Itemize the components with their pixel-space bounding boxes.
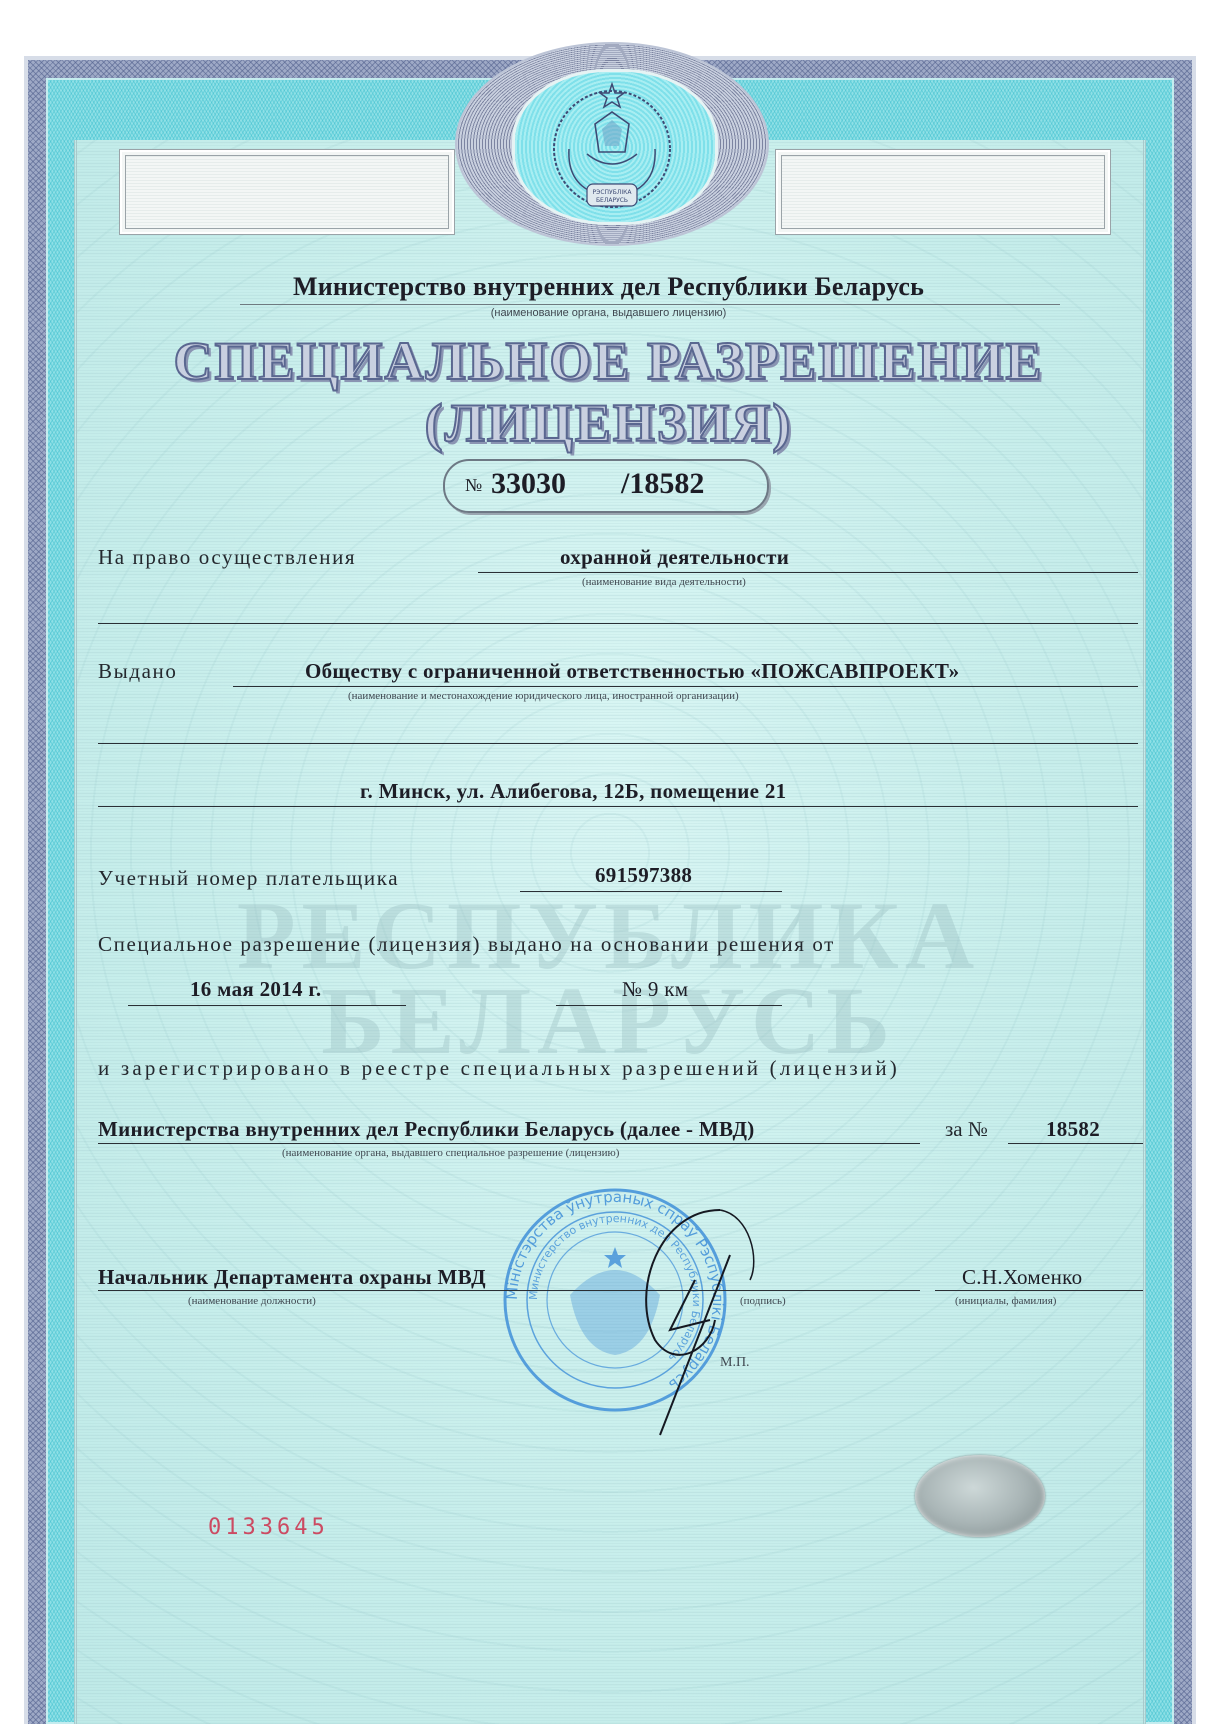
registry-body-underline — [98, 1143, 920, 1144]
name-underline — [935, 1290, 1143, 1291]
issuing-body-caption: (наименование органа, выдавшего лицензию… — [0, 307, 1217, 319]
issued-to-label: Выдано — [98, 659, 177, 684]
number-sign: № — [465, 475, 482, 496]
issuing-body: Министерство внутренних дел Республики Б… — [0, 272, 1217, 302]
emblem-rosette: РЭСПУБЛІКА БЕЛАРУСЬ — [455, 42, 769, 246]
decision-number-underline — [556, 1005, 782, 1006]
registry-label: и зарегистрировано в реестре специальных… — [98, 1056, 900, 1081]
activity-label: На право осуществления — [98, 545, 356, 570]
document-subtitle: (ЛИЦЕНЗИЯ) — [0, 392, 1217, 454]
left-security-panel — [120, 150, 454, 234]
decision-number: № 9 км — [622, 977, 688, 1002]
taxpayer-value: 691597388 — [595, 863, 692, 888]
registry-body: Министерства внутренних дел Республики Б… — [98, 1117, 755, 1142]
issued-to-extra-line — [98, 743, 1138, 744]
activity-value: охранной деятельности — [560, 545, 789, 570]
license-number: 33030 — [491, 467, 566, 501]
belarus-coat-of-arms-icon: РЭСПУБЛІКА БЕЛАРУСЬ — [507, 54, 717, 234]
registry-number: 18582 — [1046, 1117, 1100, 1142]
serial-number: 0133645 — [208, 1515, 329, 1540]
activity-underline — [478, 572, 1138, 573]
issued-to-caption: (наименование и местонахождение юридичес… — [348, 690, 739, 702]
document-title: СПЕЦИАЛЬНОЕ РАЗРЕШЕНИЕ — [0, 330, 1217, 392]
taxpayer-label: Учетный номер плательщика — [98, 866, 399, 891]
signatory-position: Начальник Департамента охраны МВД — [98, 1265, 486, 1290]
handwritten-signature — [600, 1200, 770, 1440]
basis-label: Специальное разрешение (лицензия) выдано… — [98, 932, 835, 957]
svg-text:РЭСПУБЛІКА: РЭСПУБЛІКА — [593, 189, 633, 196]
activity-extra-line — [98, 623, 1138, 624]
license-number-box: № 33030 /18582 — [443, 459, 769, 513]
address-value: г. Минск, ул. Алибегова, 12Б, помещение … — [360, 779, 786, 804]
issuing-body-underline — [240, 304, 1060, 305]
taxpayer-underline — [520, 891, 782, 892]
issued-to-underline — [233, 686, 1138, 687]
activity-caption: (наименование вида деятельности) — [582, 576, 746, 588]
decision-date: 16 мая 2014 г. — [190, 977, 321, 1002]
registry-caption: (наименование органа, выдавшего специаль… — [282, 1147, 619, 1159]
registry-number-label: за № — [945, 1117, 988, 1142]
address-underline — [98, 806, 1138, 807]
issued-to-value: Обществу с ограниченной ответственностью… — [305, 659, 959, 684]
right-security-panel — [776, 150, 1110, 234]
registry-number-underline — [1008, 1143, 1143, 1144]
svg-text:БЕЛАРУСЬ: БЕЛАРУСЬ — [596, 197, 628, 204]
decision-date-underline — [128, 1005, 406, 1006]
signatory-name: С.Н.Хоменко — [962, 1265, 1082, 1290]
name-caption: (инициалы, фамилия) — [955, 1295, 1056, 1307]
position-caption: (наименование должности) — [188, 1295, 316, 1307]
hologram-sticker — [915, 1455, 1045, 1537]
license-number-suffix: /18582 — [621, 467, 704, 501]
position-underline — [98, 1290, 920, 1291]
